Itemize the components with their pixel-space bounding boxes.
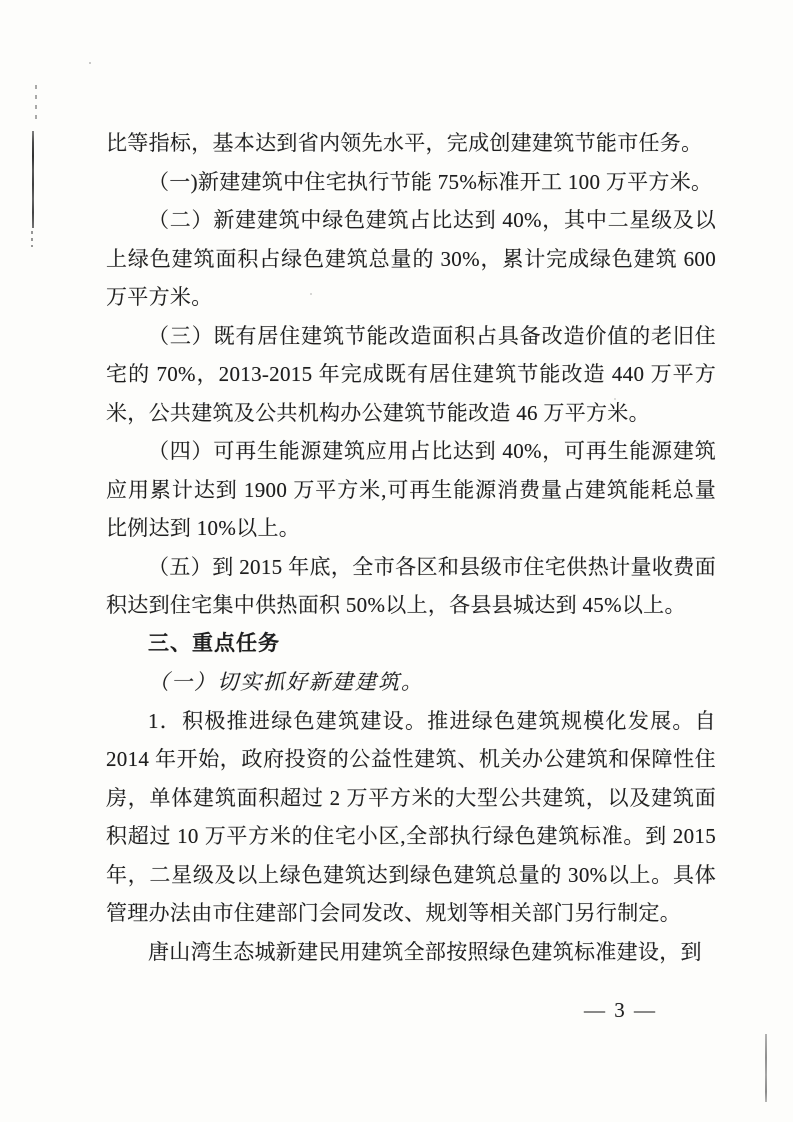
- paragraph-target-5: （五）到 2015 年底，全市各区和县级市住宅供热计量收费面积达到住宅集中供热面…: [106, 548, 716, 625]
- scan-artifact-bottom-right: [765, 1034, 767, 1102]
- paragraph-tangshan-bay: 唐山湾生态城新建民用建筑全部按照绿色建筑标准建设，到: [106, 933, 716, 972]
- paragraph-target-1: （一)新建建筑中住宅执行节能 75%标准开工 100 万平方米。: [106, 163, 716, 202]
- page-number: — 3 —: [584, 998, 657, 1023]
- document-body: 比等指标，基本达到省内领先水平，完成创建建筑节能市任务。 （一)新建建筑中住宅执…: [106, 124, 716, 971]
- scanned-document-page: 比等指标，基本达到省内领先水平，完成创建建筑节能市任务。 （一)新建建筑中住宅执…: [0, 0, 793, 1122]
- paragraph-task-green-building: 1．积极推进绿色建筑建设。推进绿色建筑规模化发展。自 2014 年开始，政府投资…: [106, 702, 716, 933]
- scan-artifact-left-streak: [32, 131, 34, 228]
- paragraph-continuation: 比等指标，基本达到省内领先水平，完成创建建筑节能市任务。: [106, 124, 716, 163]
- paragraph-target-2: （二）新建建筑中绿色建筑占比达到 40%，其中二星级及以上绿色建筑面积占绿色建筑…: [106, 201, 716, 317]
- section-heading-key-tasks: 三、重点任务: [106, 625, 716, 664]
- paragraph-target-3: （三）既有居住建筑节能改造面积占具备改造价值的老旧住宅的 70%，2013-20…: [106, 317, 716, 433]
- subsection-heading-new-buildings: （一）切实抓好新建建筑。: [106, 663, 716, 702]
- scan-artifact-left-upper: [35, 85, 37, 123]
- scan-artifact-left-tail: [31, 231, 33, 247]
- scan-speck: [89, 62, 91, 64]
- paragraph-target-4: （四）可再生能源建筑应用占比达到 40%，可再生能源建筑应用累计达到 1900 …: [106, 432, 716, 548]
